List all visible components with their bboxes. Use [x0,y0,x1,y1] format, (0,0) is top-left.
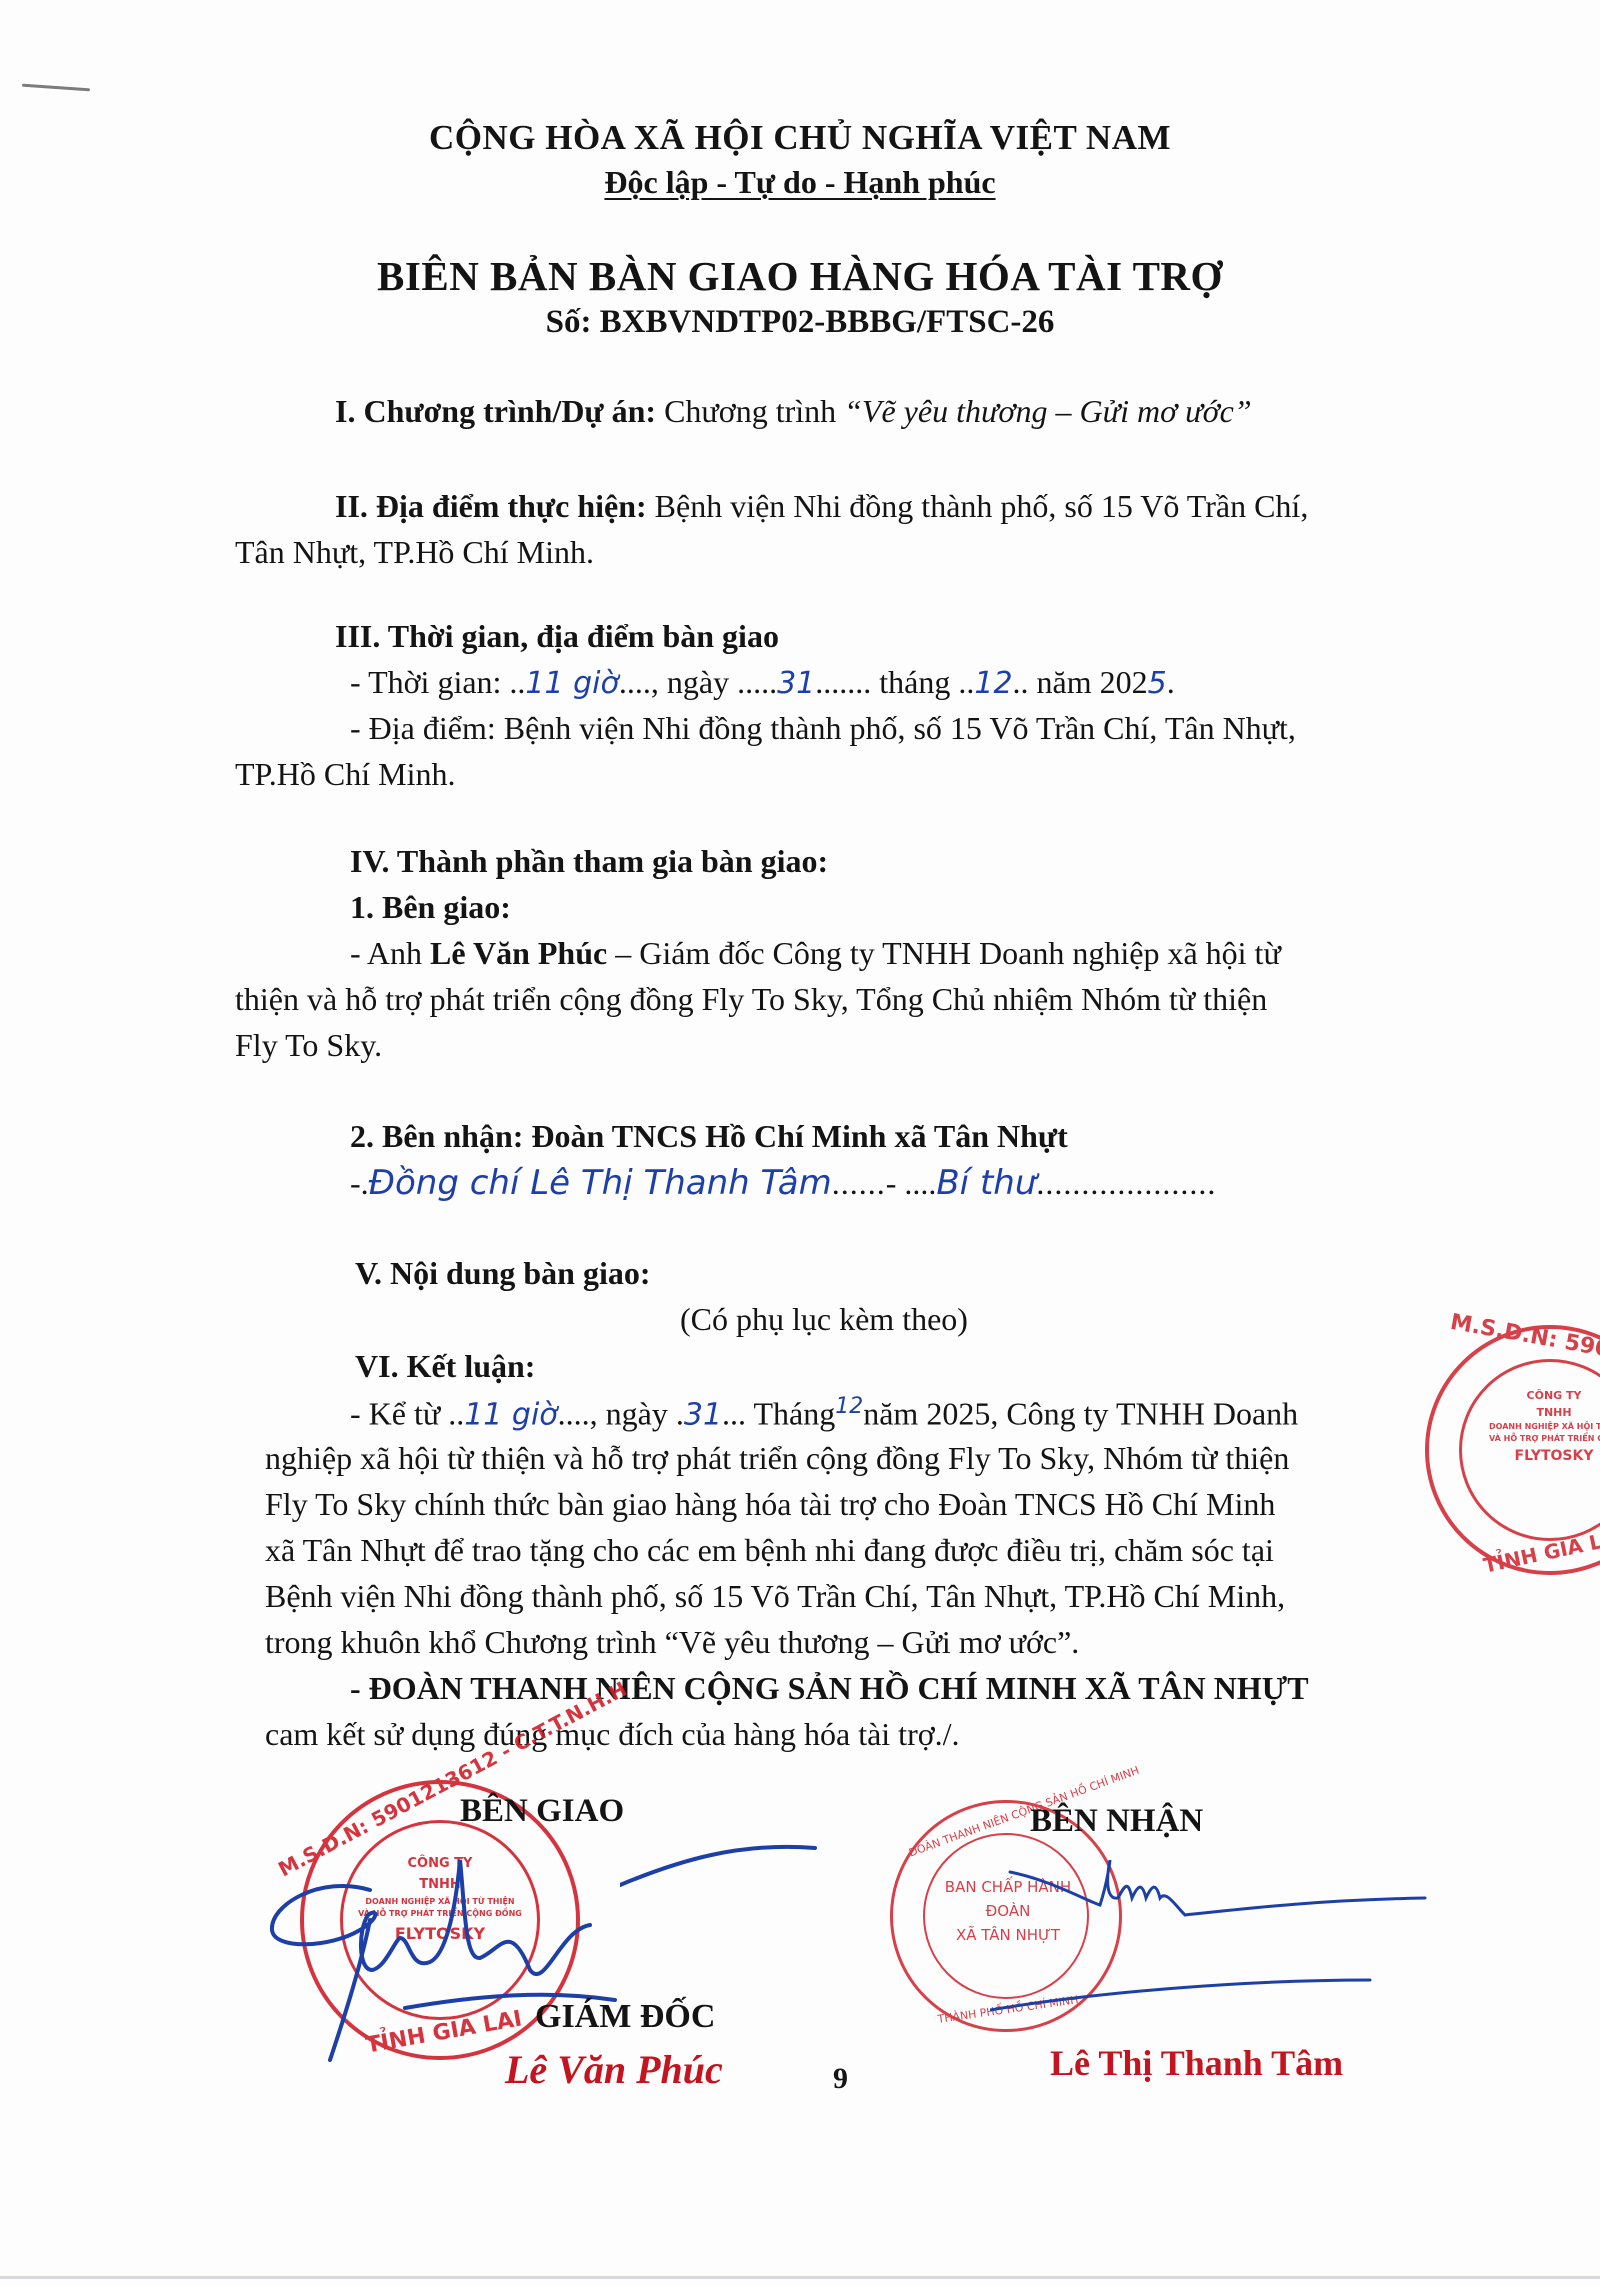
scan-bottom-edge [0,2276,1600,2279]
receiver-signature [990,1860,1430,2020]
handwritten-receiver-name: Đồng chí Lê Thị Thanh Tâm [369,1163,832,1203]
giver-signature-tail [620,1830,820,1900]
handwritten-day-2: 31 [684,1398,722,1433]
handwritten-hour: 11 giờ [525,666,618,701]
giver-line3: Fly To Sky. [235,1029,382,1061]
section-location-line2: Tân Nhựt, TP.Hồ Chí Minh. [235,536,594,568]
section-location: II. Địa điểm thực hiện: Bệnh viện Nhi đồ… [335,490,1308,522]
handwritten-day: 31 [777,666,815,701]
giver-signed-name: Lê Văn Phúc [505,2050,723,2090]
national-title: CỘNG HÒA XÃ HỘI CHỦ NGHĨA VIỆT NAM [0,118,1600,158]
receiver-signed-name: Lê Thị Thanh Tâm [1050,2045,1343,2081]
motto: Độc lập - Tự do - Hạnh phúc [0,164,1600,201]
conclusion-line2: nghiệp xã hội từ thiện và hỗ trợ phát tr… [265,1442,1289,1474]
receiver-line: -.Đồng chí Lê Thị Thanh Tâm......- ....B… [350,1166,1216,1200]
section-participants-heading: IV. Thành phần tham gia bàn giao: [350,845,828,877]
conclusion-line4: xã Tân Nhựt để trao tặng cho các em bệnh… [265,1534,1274,1566]
handwritten-year-digit: 5 [1148,666,1167,701]
handwritten-hour-2: 11 giờ [464,1398,557,1433]
handover-place: - Địa điểm: Bệnh viện Nhi đồng thành phố… [350,712,1296,744]
handover-time: - Thời gian: ..11 giờ...., ngày .....31.… [350,666,1175,699]
receiver-label: 2. Bên nhận: Đoàn TNCS Hồ Chí Minh xã Tâ… [350,1120,1068,1152]
conclusion-line1: - Kể từ ..11 giờ...., ngày .31... Tháng1… [350,1396,1298,1431]
section-program: I. Chương trình/Dự án: Chương trình “Vẽ … [335,395,1252,427]
page-number: 9 [833,2064,848,2094]
giver-label: 1. Bên giao: [350,891,511,923]
company-stamp-side: M.S.D.N: 5901213612 CÔNG TY TNHH DOANH N… [1425,1325,1600,1575]
program-name: “Vẽ yêu thương – Gửi mơ ước” [844,393,1252,429]
commitment-heading: - ĐOÀN THANH NIÊN CỘNG SẢN HỒ CHÍ MINH X… [350,1672,1309,1704]
document-title: BIÊN BẢN BÀN GIAO HÀNG HÓA TÀI TRỢ [0,252,1600,300]
giver-line1: - Anh Lê Văn Phúc – Giám đốc Công ty TNH… [350,937,1281,969]
conclusion-line3: Fly To Sky chính thức bàn giao hàng hóa … [265,1488,1275,1520]
giver-signature [260,1820,620,2080]
appendix-note: (Có phụ lục kèm theo) [680,1303,968,1335]
handwritten-receiver-role: Bí thư [936,1163,1036,1203]
handwritten-month-2: 12 [835,1394,863,1419]
section-conclusion-heading: VI. Kết luận: [355,1350,535,1382]
commitment-text: cam kết sử dụng đúng mục đích của hàng h… [265,1718,960,1750]
document-number: Số: BXBVNDTP02-BBBG/FTSC-26 [0,304,1600,341]
receiver-heading: BÊN NHẬN [1030,1805,1203,1838]
conclusion-line6: trong khuôn khổ Chương trình “Vẽ yêu thư… [265,1626,1079,1658]
section-content-heading: V. Nội dung bàn giao: [355,1257,651,1289]
conclusion-line5: Bệnh viện Nhi đồng thành phố, số 15 Võ T… [265,1580,1285,1612]
giver-title: GIÁM ĐỐC [535,2000,715,2034]
scan-mark [22,84,90,92]
giver-name: Lê Văn Phúc [430,935,607,971]
section-time-place-heading: III. Thời gian, địa điểm bàn giao [335,620,779,652]
handwritten-month: 12 [974,666,1012,701]
handover-place-line2: TP.Hồ Chí Minh. [235,758,455,790]
giver-line2: thiện và hỗ trợ phát triển cộng đồng Fly… [235,983,1267,1015]
